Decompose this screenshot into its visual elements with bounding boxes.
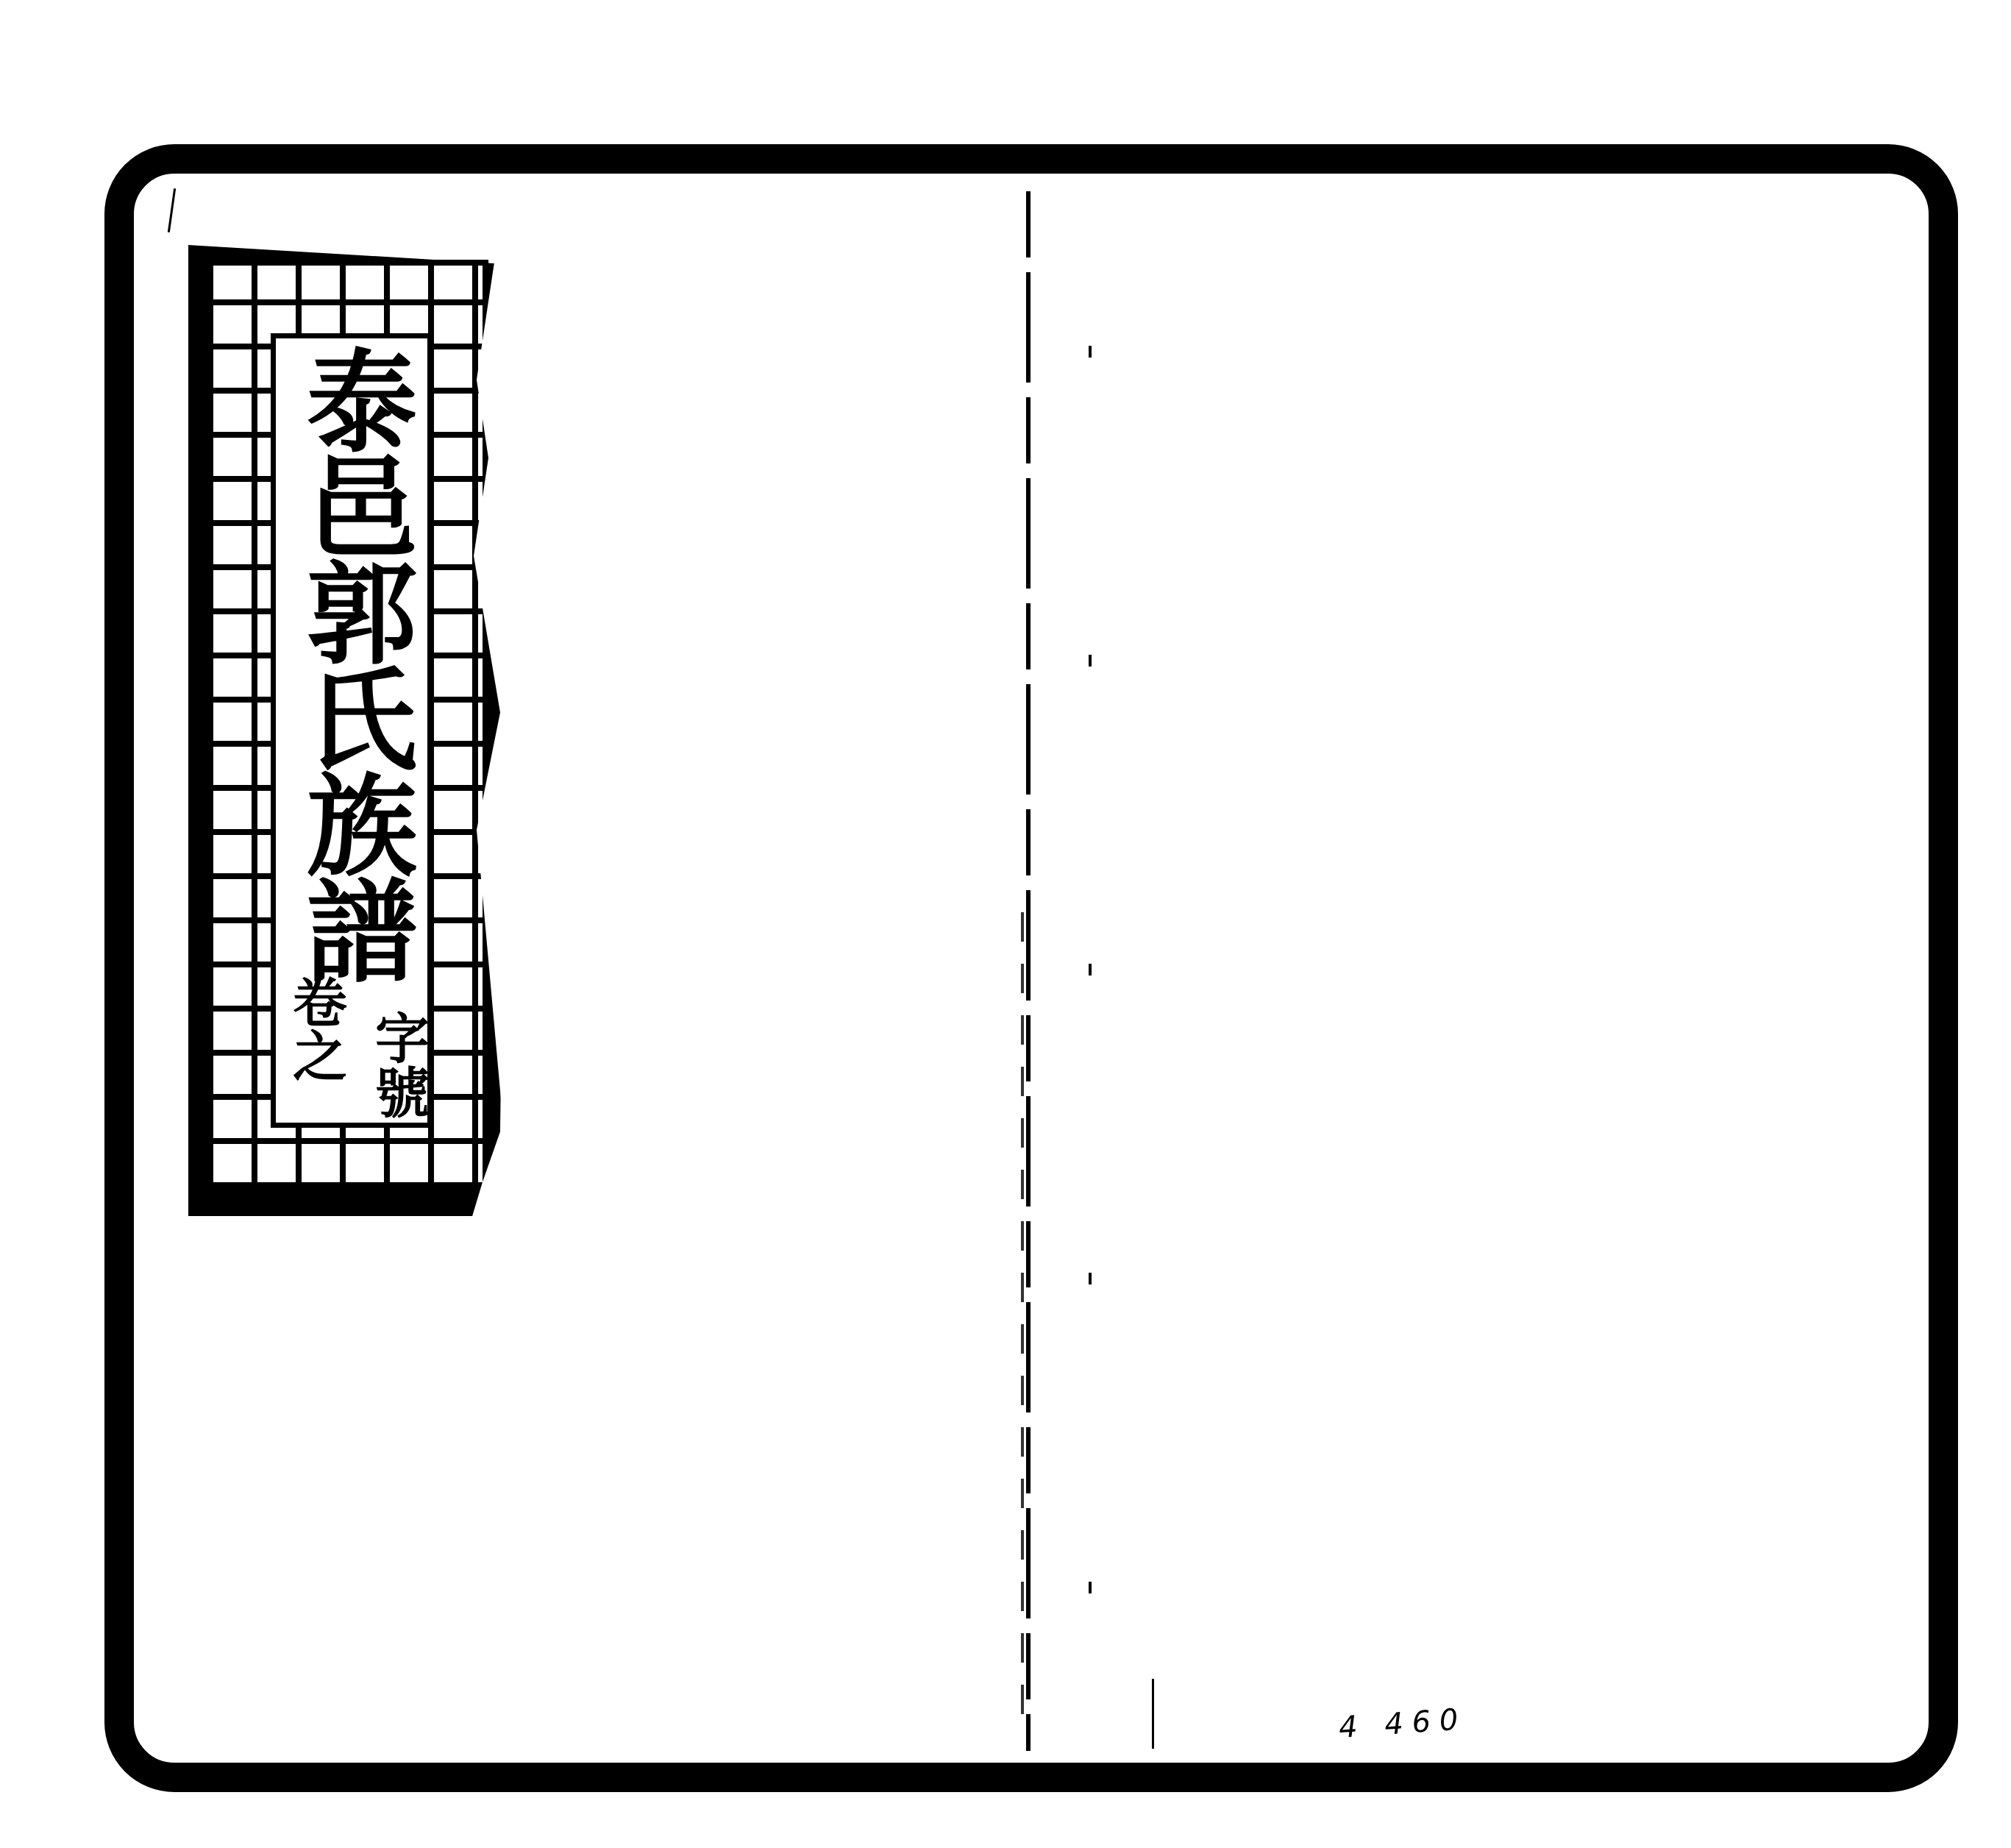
spine-fold-line-secondary: [1021, 912, 1024, 1721]
number-label: 字號: [365, 1010, 431, 1119]
ink-specks: • · ˙ • . • ·: [147, 1766, 337, 1791]
volume-label: 卷之: [282, 973, 349, 1082]
margin-line: [1152, 1679, 1154, 1749]
spine-marks: [1089, 213, 1092, 1611]
title-slip: 泰邑郭氏族譜 卷之 字號: [188, 245, 516, 1220]
book-title: 泰邑郭氏族譜: [275, 344, 430, 980]
spine-fold-line: [1026, 191, 1031, 1751]
